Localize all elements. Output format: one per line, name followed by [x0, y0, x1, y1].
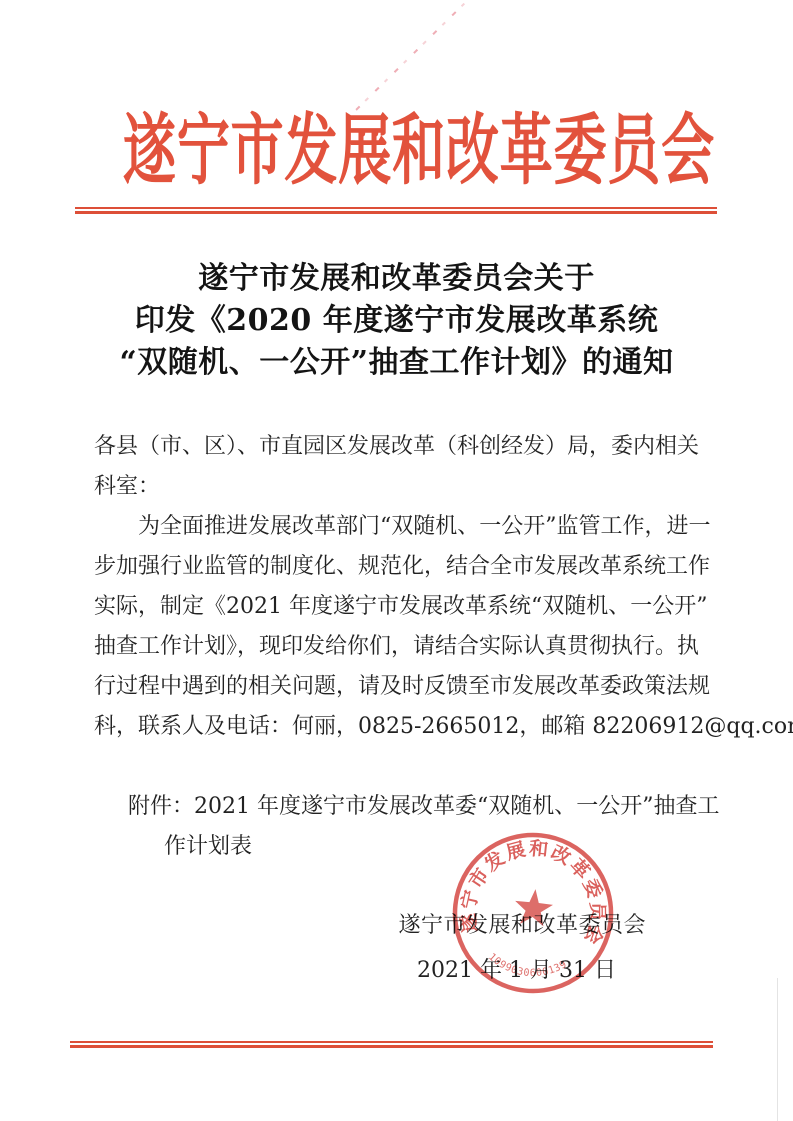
document-title: 遂宁市发展和改革委员会关于 印发《2020 年度遂宁市发展改革系统 “双随机、一… [0, 258, 793, 384]
seal-code: 510990306001394 [423, 803, 585, 983]
title-line-3: “双随机、一公开”抽查工作计划》的通知 [0, 342, 793, 384]
body-line-contact: 科，联系人及电话：何丽，0825-2665012，邮箱 82206912@qq.… [94, 707, 734, 747]
header-divider [75, 207, 717, 214]
salutation-line: 各县（市、区）、市直园区发展改革（科创经发）局，委内相关 [94, 427, 734, 467]
body-line: 步加强行业监管的制度化、规范化，结合全市发展改革系统工作 [94, 547, 734, 587]
salutation-line: 科室： [94, 467, 734, 507]
body-line: 行过程中遇到的相关问题，请及时反馈至市发展改革委政策法规 [94, 667, 734, 707]
document-page: 遂宁市发展和改革委员会 遂宁市发展和改革委员会关于 印发《2020 年度遂宁市发… [0, 0, 793, 1121]
attachment-line-1: 附件：2021 年度遂宁市发展改革委“双随机、一公开”抽查工 [94, 787, 734, 827]
letterhead-title: 遂宁市发展和改革委员会 [123, 111, 670, 192]
svg-text:510990306001394: 510990306001394 [423, 803, 585, 983]
footer-divider [70, 1041, 713, 1048]
seal-star-icon [513, 887, 555, 927]
body-line: 抽查工作计划》，现印发给你们，请结合实际认真贯彻执行。执 [94, 627, 734, 667]
body-line: 为全面推进发展改革部门“双随机、一公开”监管工作，进一 [94, 507, 734, 547]
title-line-1: 遂宁市发展和改革委员会关于 [0, 258, 793, 300]
body-line: 实际，制定《2021 年度遂宁市发展改革系统“双随机、一公开” [94, 587, 734, 627]
official-seal: 遂宁市发展和改革委员会 510990306001394 [423, 803, 643, 1023]
document-body: 各县（市、区）、市直园区发展改革（科创经发）局，委内相关 科室： 为全面推进发展… [94, 427, 734, 747]
title-line-2: 印发《2020 年度遂宁市发展改革系统 [0, 300, 793, 342]
page-edge-shadow [777, 978, 778, 1121]
scan-artifact-streak [355, 0, 469, 111]
